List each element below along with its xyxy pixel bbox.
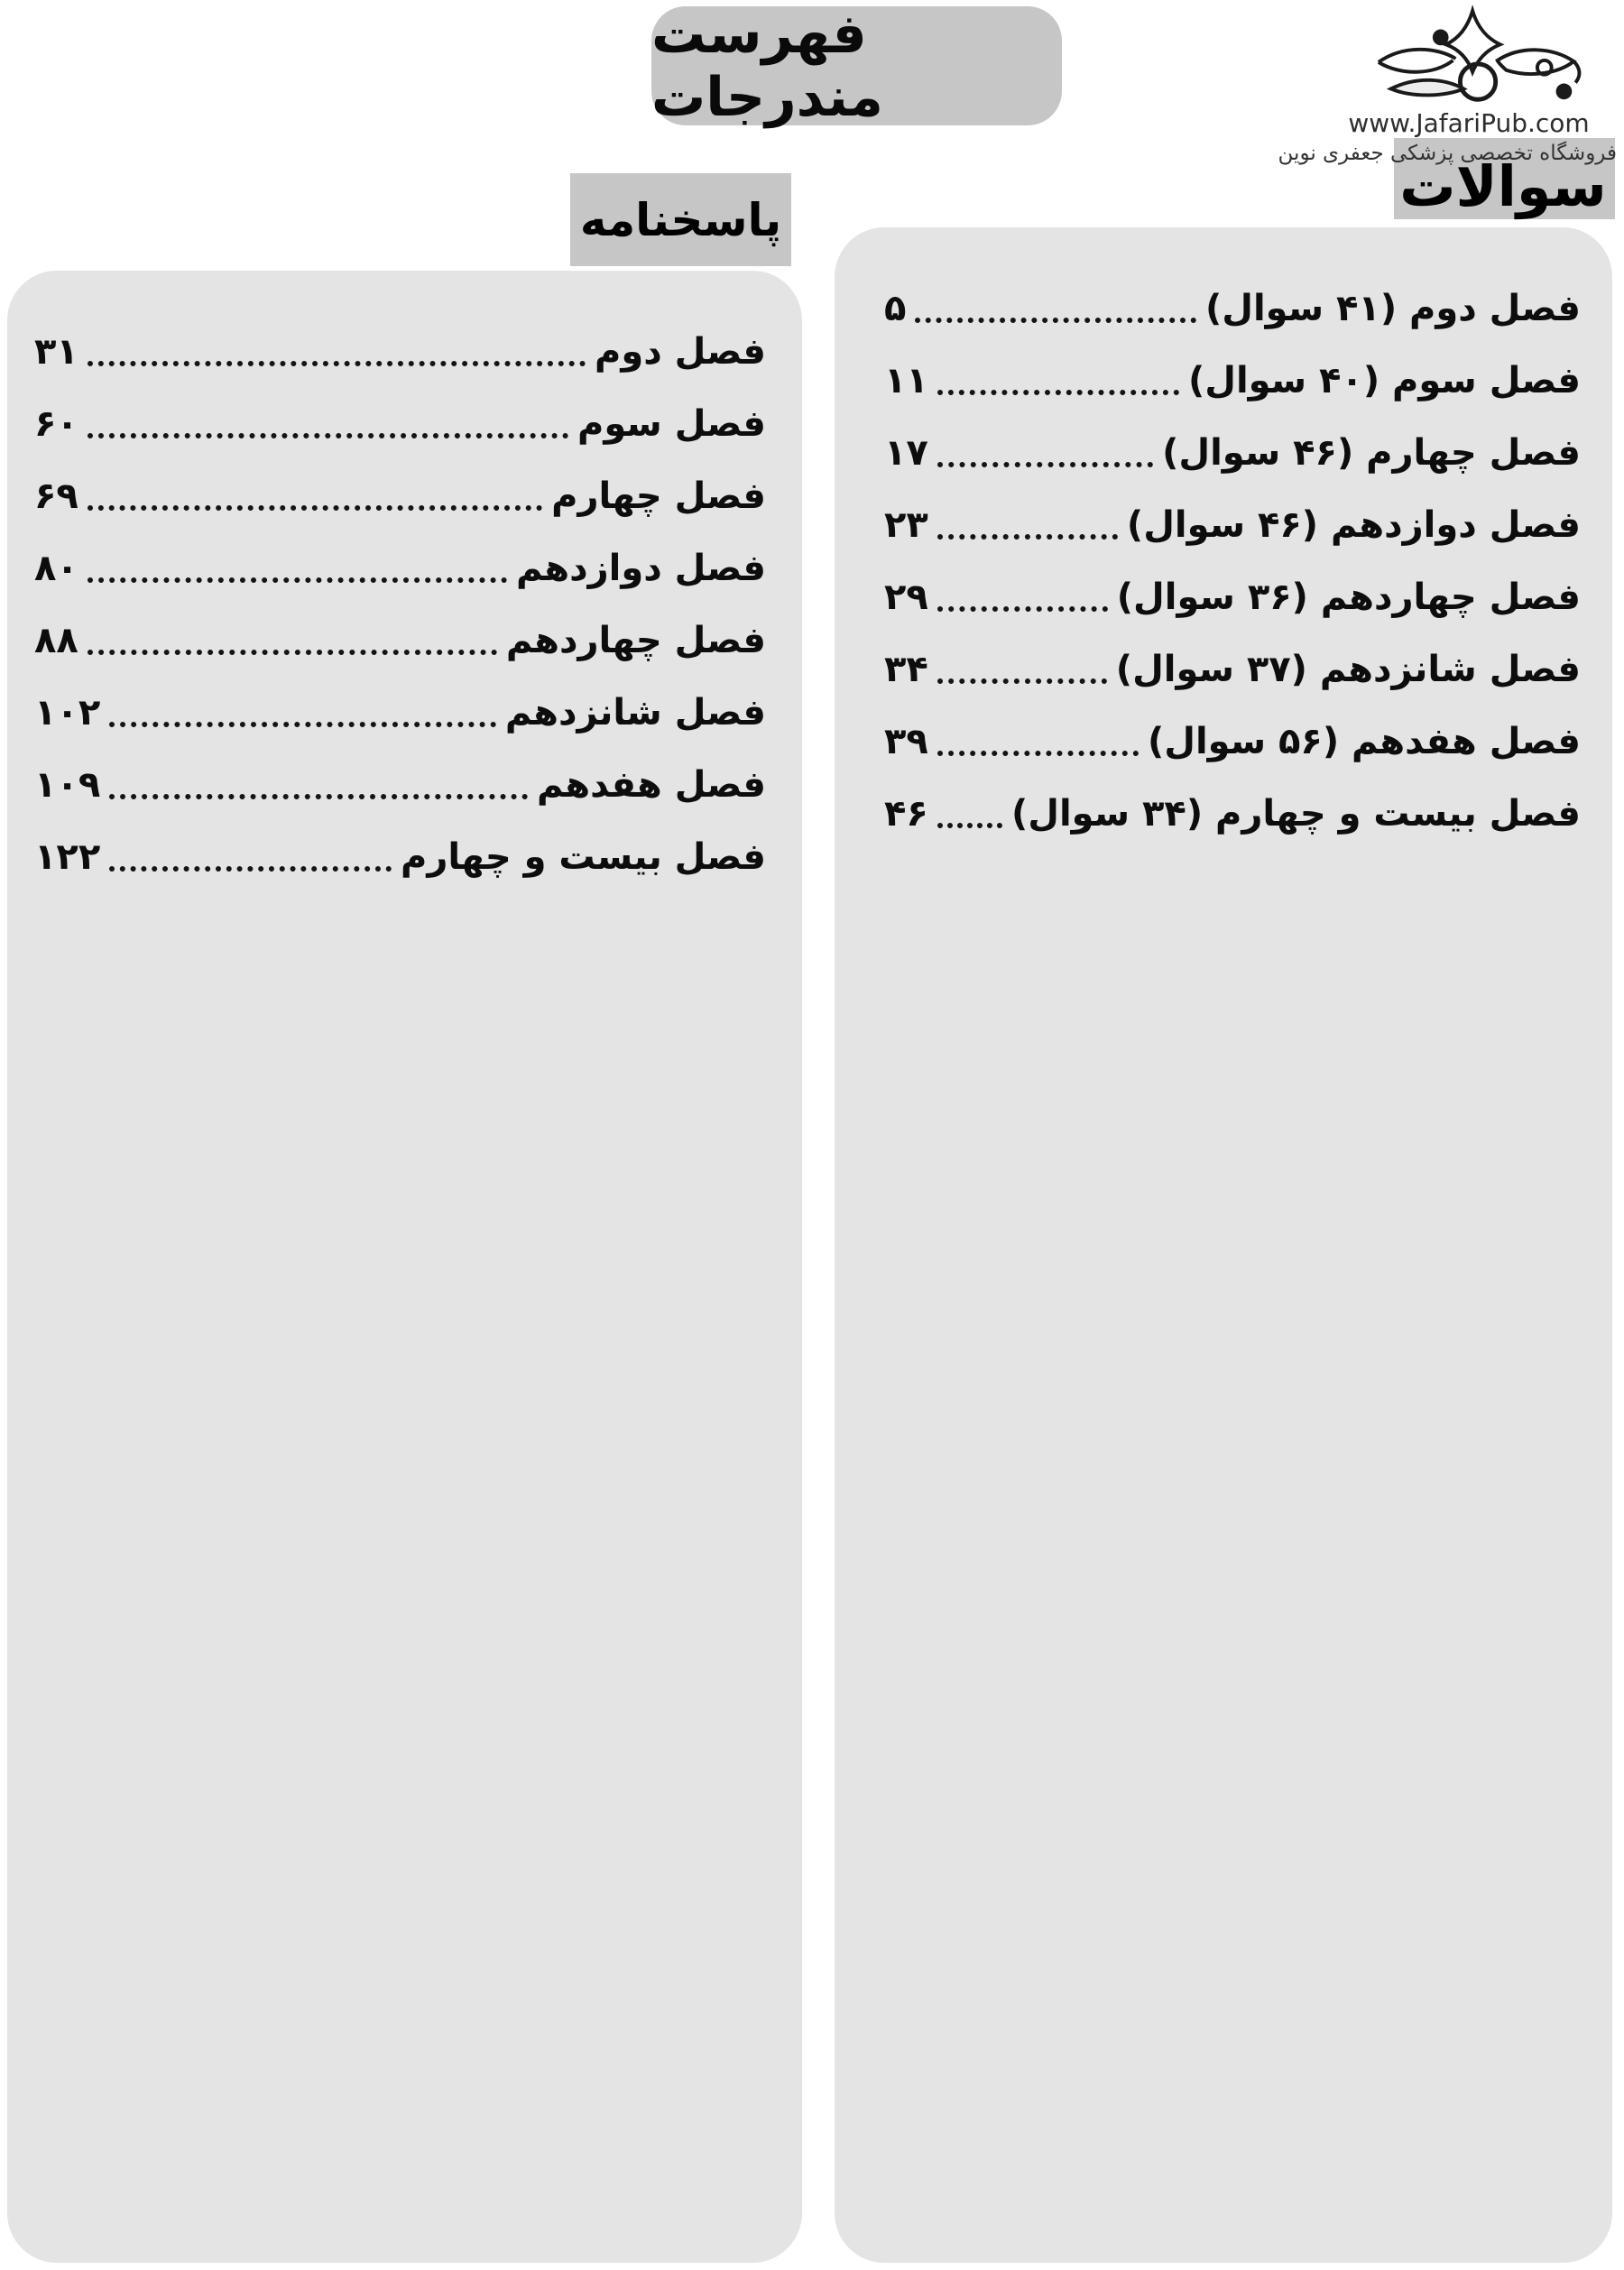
toc-entry-label: فصل بیست و چهارم (401, 836, 766, 878)
toc-entry-page-number: ۸۸ (34, 620, 78, 661)
toc-entry: فصل دوازدهم ۸۰ (34, 532, 766, 604)
toc-entry-page-number: ۴۶ (884, 793, 928, 835)
toc-entry: فصل دوم (۴۱ سوال) ۵ (884, 272, 1581, 345)
toc-entry-page-number: ۶۰ (34, 403, 78, 445)
toc-entry-label: فصل دوم (۴۱ سوال) (1205, 288, 1581, 329)
toc-entry-label: فصل چهارم (۴۶ سوال) (1162, 432, 1581, 474)
dot-leader (937, 823, 1002, 828)
dot-leader (937, 534, 1118, 540)
dot-leader (88, 361, 586, 366)
dot-leader (88, 577, 507, 583)
dot-leader (88, 433, 568, 438)
toc-entry: فصل سوم (۴۰ سوال) ۱۱ (884, 345, 1581, 417)
dot-leader (937, 606, 1108, 612)
questions-panel: فصل دوم (۴۱ سوال) ۵ فصل سوم (۴۰ سوال) ۱۱… (835, 227, 1612, 2263)
toc-entry-label: فصل شانزدهم (۳۷ سوال) (1116, 649, 1581, 690)
toc-entry-page-number: ۱۱ (884, 360, 928, 401)
questions-header: سوالات (1398, 143, 1608, 229)
toc-entry-page-number: ۱۰۲ (34, 692, 100, 734)
toc-entry: فصل هفدهم (۵۶ سوال) ۳۹ (884, 706, 1581, 778)
toc-entry-label: فصل هفدهم (۵۶ سوال) (1148, 721, 1581, 762)
toc-entry-page-number: ۳۴ (884, 649, 928, 690)
dot-leader (915, 318, 1196, 323)
dot-leader (88, 505, 542, 511)
toc-entry-label: فصل چهاردهم (506, 620, 766, 661)
toc-entry: فصل بیست و چهارم (۳۴ سوال) ۴۶ (884, 778, 1581, 850)
toc-entry-page-number: ۲۳ (884, 504, 928, 546)
toc-entry-page-number: ۶۹ (34, 475, 78, 517)
toc-entry-page-number: ۲۹ (884, 577, 928, 618)
dot-leader (937, 462, 1153, 467)
toc-entry: فصل دوم ۳۱ (34, 316, 766, 388)
toc-entry-label: فصل دوازدهم (516, 548, 766, 589)
toc-entry-label: فصل دوازدهم (۴۶ سوال) (1127, 504, 1581, 546)
toc-entry-page-number: ۱۰۹ (34, 764, 100, 806)
toc-entry: فصل سوم ۶۰ (34, 388, 766, 460)
dot-leader (109, 794, 528, 799)
toc-entry-label: فصل شانزدهم (505, 692, 766, 734)
toc-entry-label: فصل بیست و چهارم (۳۴ سوال) (1011, 793, 1581, 835)
questions-toc-list: فصل دوم (۴۱ سوال) ۵ فصل سوم (۴۰ سوال) ۱۱… (835, 227, 1612, 850)
toc-entry-label: فصل چهاردهم (۳۶ سوال) (1117, 577, 1581, 618)
toc-entry-page-number: ۳۹ (884, 721, 928, 762)
answers-toc-list: فصل دوم ۳۱ فصل سوم ۶۰ فصل چهارم ۶۹ فصل د… (7, 271, 802, 893)
page-title: فهرست مندرجات (651, 6, 1062, 125)
toc-entry-page-number: ۳۱ (34, 331, 78, 373)
toc-entry: فصل بیست و چهارم ۱۲۲ (34, 821, 766, 893)
dot-leader (937, 390, 1179, 395)
toc-entry: فصل هفدهم ۱۰۹ (34, 749, 766, 821)
toc-entry-label: فصل سوم (577, 403, 766, 445)
toc-entry-page-number: ۱۷ (884, 432, 928, 474)
dot-leader (937, 751, 1139, 756)
toc-entry: فصل شانزدهم ۱۰۲ (34, 677, 766, 749)
dot-leader (109, 866, 392, 872)
dot-leader (937, 678, 1107, 684)
toc-entry: فصل چهاردهم (۳۶ سوال) ۲۹ (884, 561, 1581, 633)
toc-entry: فصل چهاردهم ۸۸ (34, 604, 766, 677)
dot-leader (88, 650, 497, 655)
toc-entry-label: فصل چهارم (551, 475, 766, 517)
toc-entry-page-number: ۸۰ (34, 548, 78, 589)
answers-header: پاسخنامه (570, 173, 791, 266)
toc-entry: فصل شانزدهم (۳۷ سوال) ۳۴ (884, 633, 1581, 706)
toc-entry-label: فصل هفدهم (537, 764, 766, 806)
toc-entry: فصل دوازدهم (۴۶ سوال) ۲۳ (884, 489, 1581, 561)
toc-entry: فصل چهارم (۴۶ سوال) ۱۷ (884, 417, 1581, 489)
dot-leader (109, 722, 496, 727)
toc-entry: فصل چهارم ۶۹ (34, 460, 766, 532)
toc-entry-label: فصل دوم (595, 331, 766, 373)
toc-page: فهرست مندرجات www.JafariPub.com فروشگاه … (0, 0, 1624, 2270)
toc-entry-page-number: ۱۲۲ (34, 836, 100, 878)
answers-panel: فصل دوم ۳۱ فصل سوم ۶۰ فصل چهارم ۶۹ فصل د… (7, 271, 802, 2263)
toc-entry-page-number: ۵ (884, 288, 906, 329)
toc-entry-label: فصل سوم (۴۰ سوال) (1188, 360, 1581, 401)
jafari-pub-logo-icon (1353, 5, 1606, 112)
publisher-website-url: www.JafariPub.com (1346, 108, 1592, 139)
